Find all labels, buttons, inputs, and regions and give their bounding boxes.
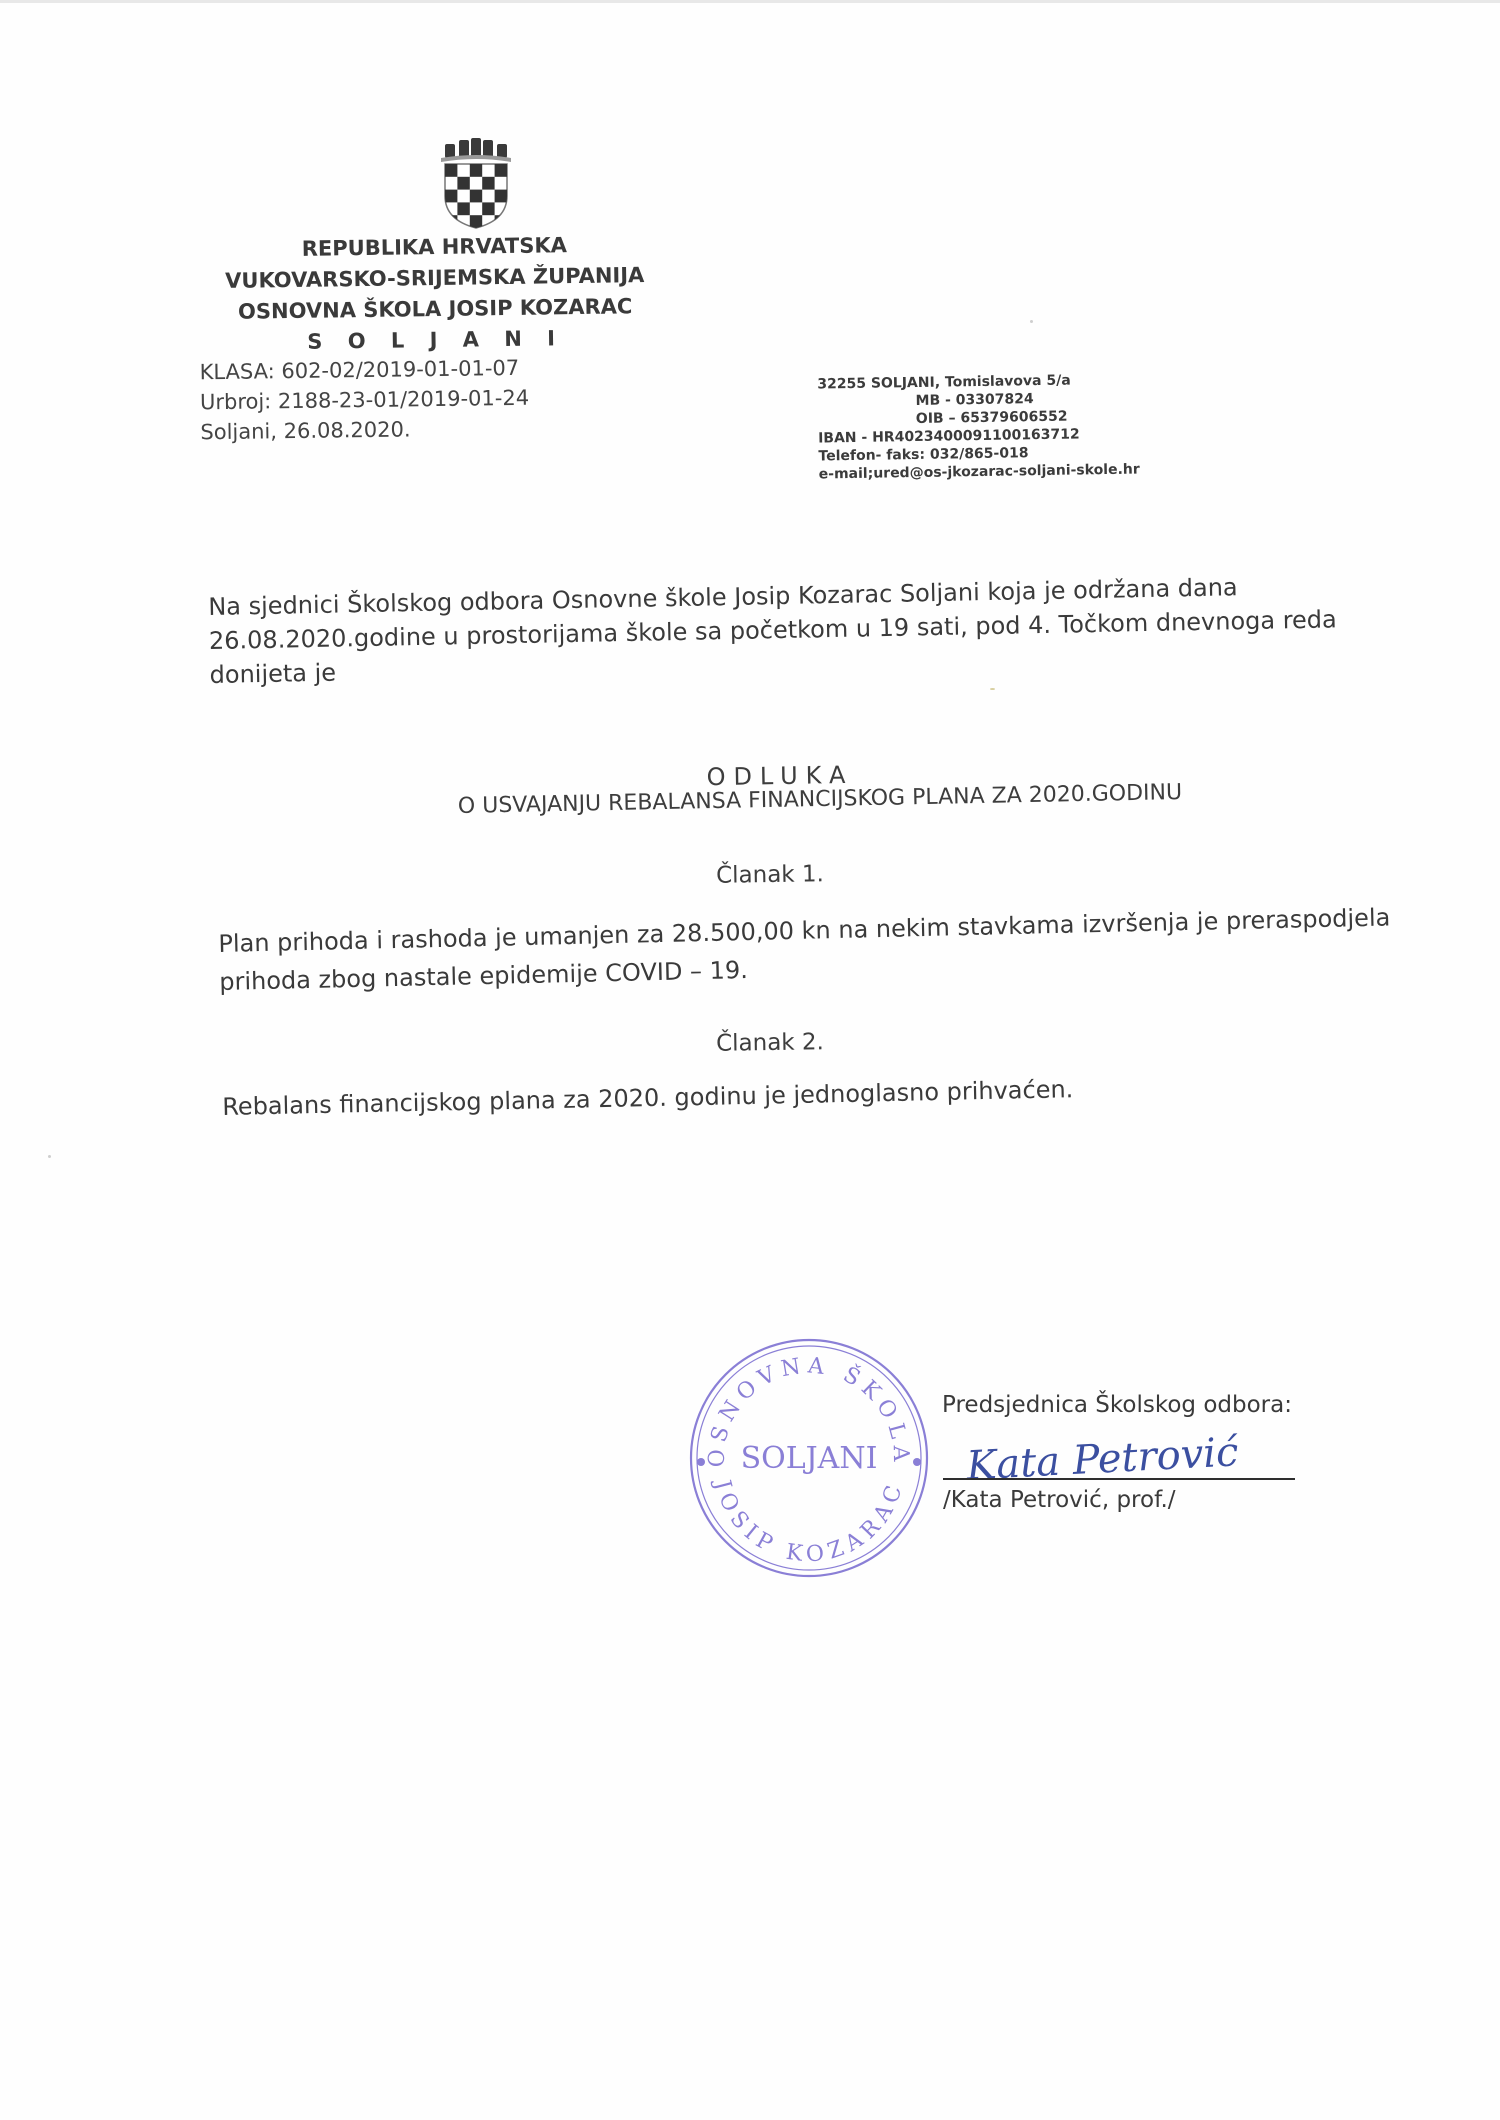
reference-block: KLASA: 602-02/2019-01-01-07 Urbroj: 2188… xyxy=(199,353,529,448)
signature-line xyxy=(943,1478,1295,1480)
urbroj-ref: Urbroj: 2188-23-01/2019-01-24 xyxy=(200,383,529,418)
article-2-heading: Članak 2. xyxy=(620,1028,920,1058)
klasa-ref: KLASA: 602-02/2019-01-01-07 xyxy=(199,353,528,388)
place-date: Soljani, 26.08.2020. xyxy=(200,413,529,448)
scan-speck xyxy=(48,1155,51,1158)
contact-block: 32255 SOLJANI, Tomislavova 5/a MB - 0330… xyxy=(817,370,1140,483)
school-stamp: OSNOVNA ŠKOLA JOSIP KOZARAC SOLJANI xyxy=(684,1326,934,1591)
svg-text:SOLJANI: SOLJANI xyxy=(741,1441,878,1476)
article-2-text: Rebalans financijskog plana za 2020. god… xyxy=(222,1072,1222,1121)
document-page: REPUBLIKA HRVATSKA VUKOVARSKO-SRIJEMSKA … xyxy=(0,0,1500,2120)
scan-edge xyxy=(0,0,1500,3)
contact-email: e-mail;ured@os-jkozarac-soljani-skole.hr xyxy=(819,460,1140,483)
article-1-text: Plan prihoda i rashoda je umanjen za 28.… xyxy=(218,897,1439,1001)
signature-label: Predsjednica Školskog odbora: xyxy=(942,1392,1292,1418)
scan-speck xyxy=(990,688,995,690)
croatian-coat-of-arms-icon xyxy=(437,138,515,230)
signatory-name: /Kata Petrović, prof./ xyxy=(943,1487,1176,1513)
scan-speck xyxy=(1030,320,1033,323)
article-1-heading: Članak 1. xyxy=(620,860,920,890)
intro-paragraph: Na sjednici Školskog odbora Osnovne škol… xyxy=(208,568,1340,692)
institution-header: REPUBLIKA HRVATSKA VUKOVARSKO-SRIJEMSKA … xyxy=(194,229,676,360)
